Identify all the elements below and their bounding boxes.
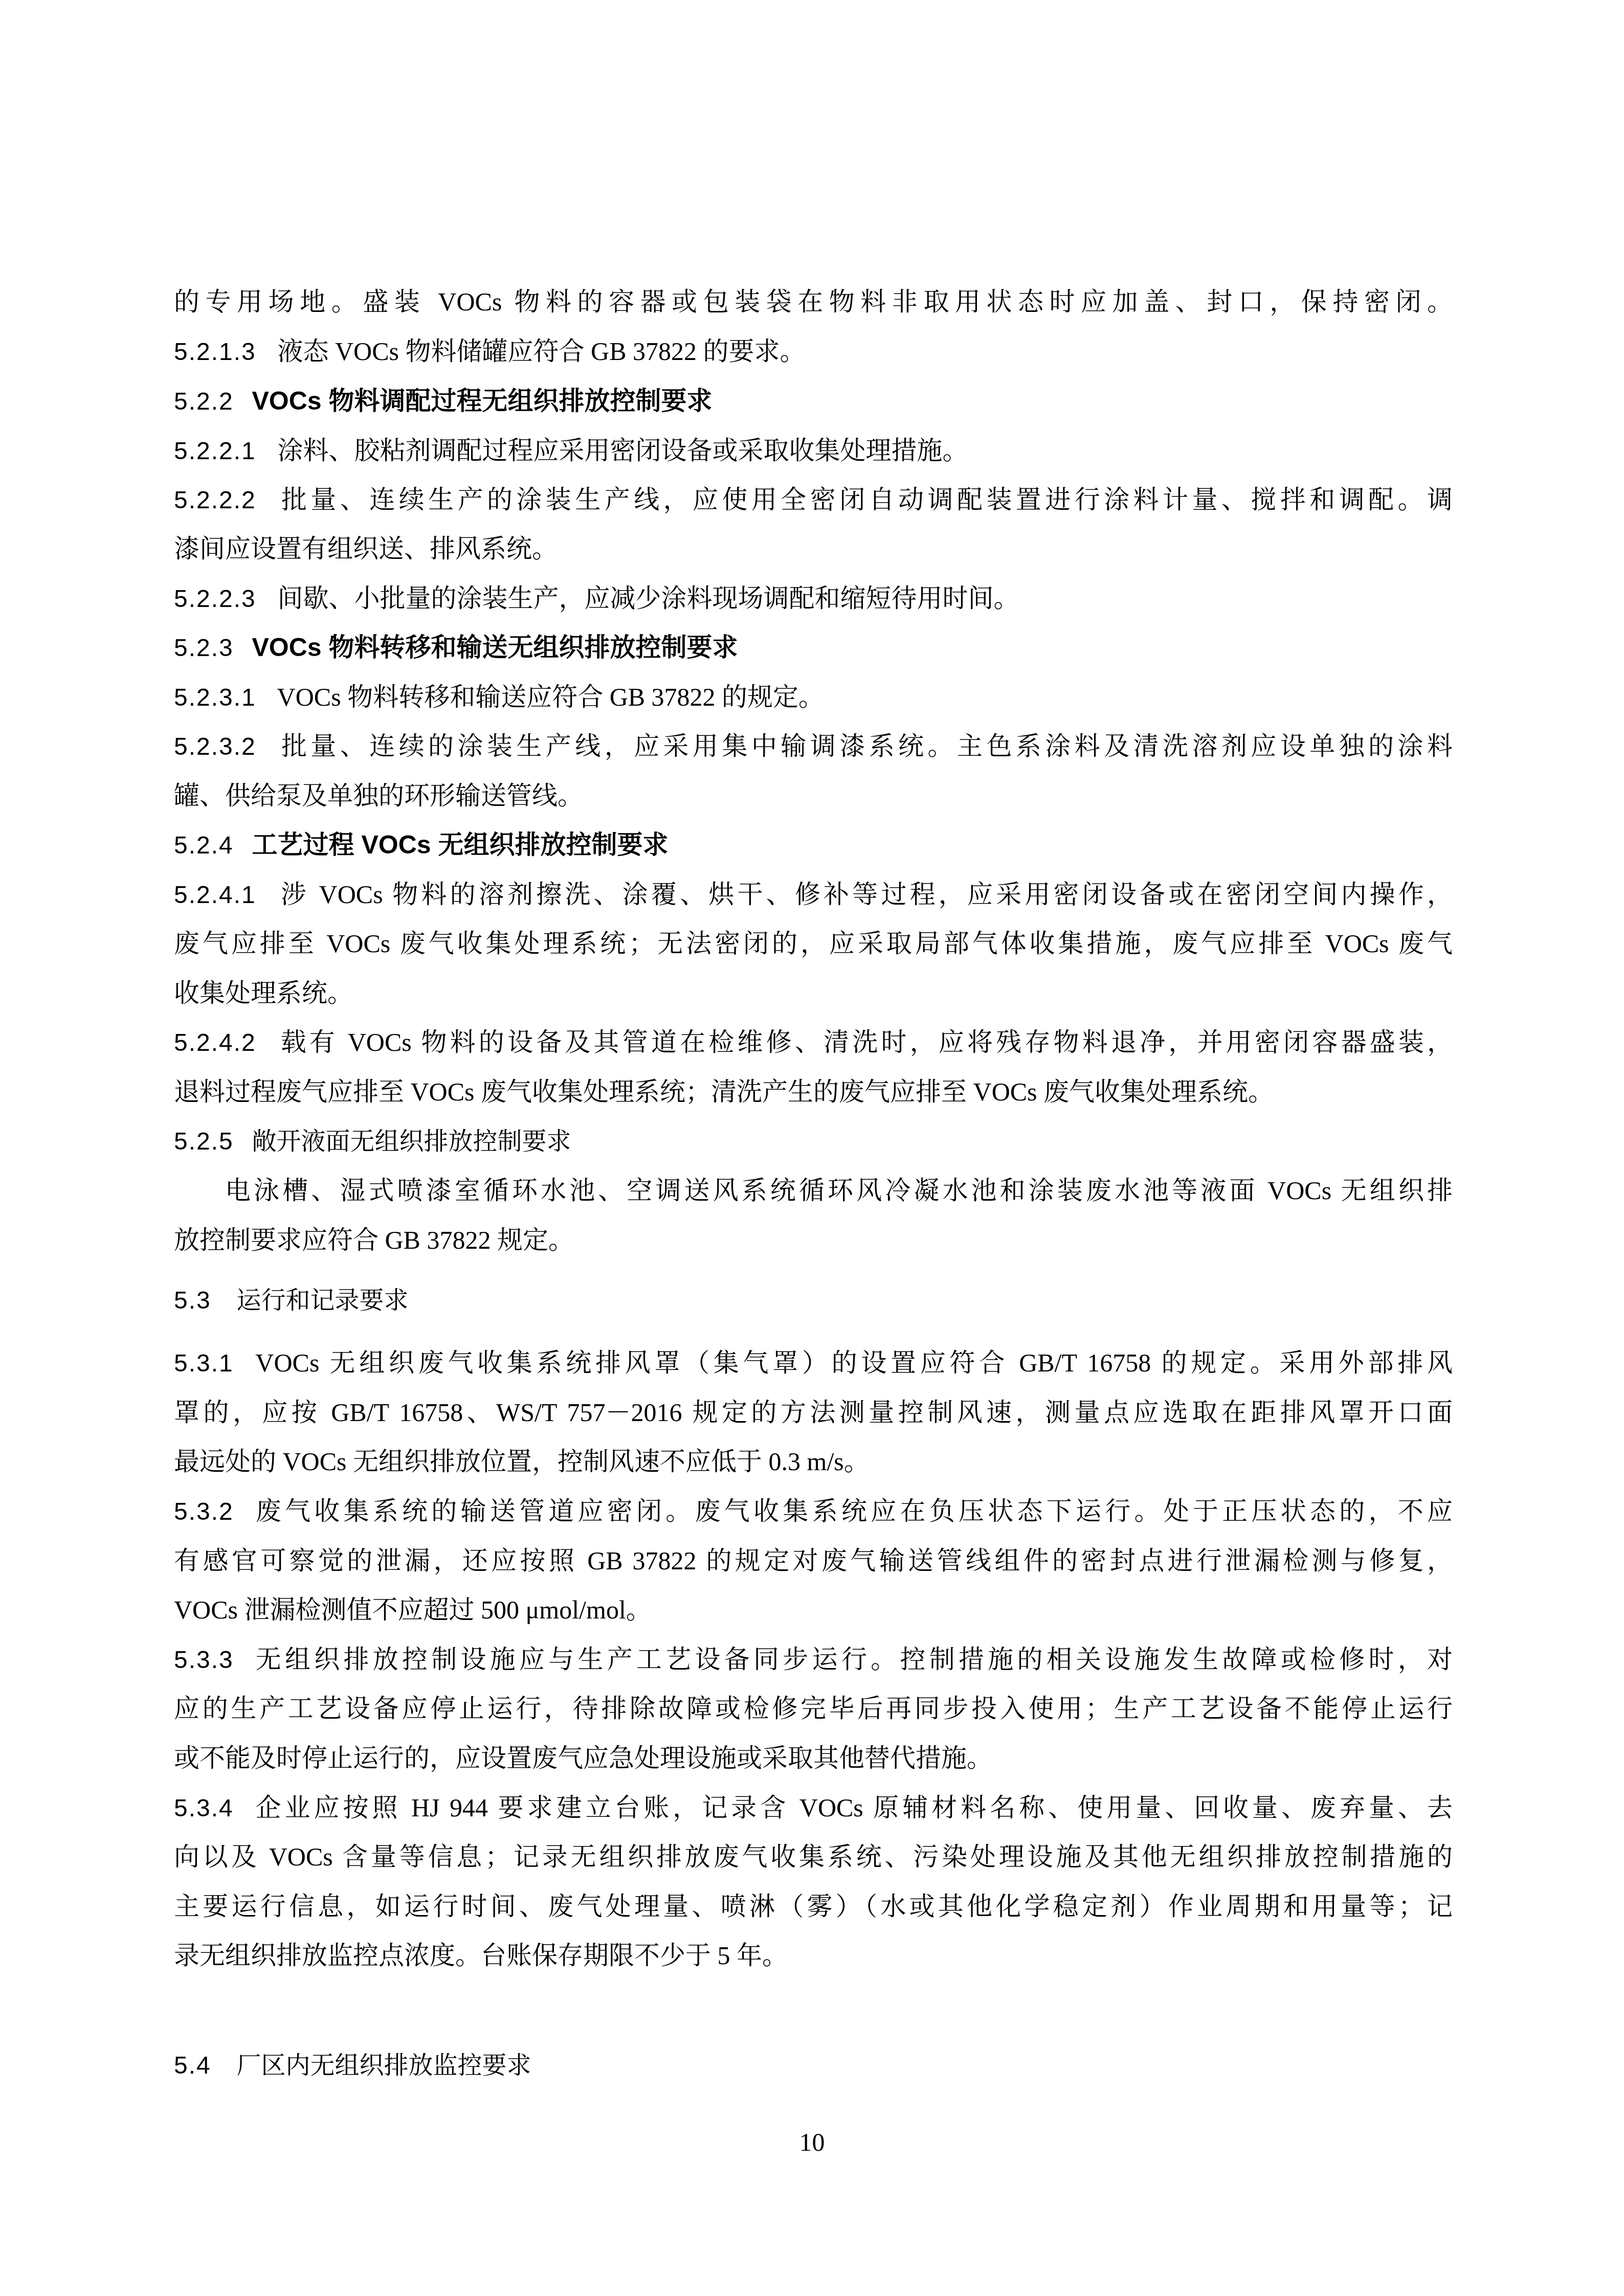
heading-text: VOCs 物料调配过程无组织排放控制要求 [252,387,713,415]
document-page: 的专用场地。盛装 VOCs 物料的容器或包装袋在物料非取用状态时应加盖、封口，保… [0,0,1624,2296]
clause-number: 5.3.3 [174,1636,246,1685]
clause-text: 液态 VOCs 物料储罐应符合 GB 37822 的要求。 [278,337,806,366]
paragraph-line: 废气应排至 VOCs 废气收集处理系统；无法密闭的，应采取局部气体收集措施，废气… [174,919,1453,968]
body-text: 收集处理系统。 [174,979,353,1007]
clause-5-2-4-2: 5.2.4.2 载有 VOCs 物料的设备及其管道在检维修、清洗时，应将残存物料… [174,1018,1453,1067]
heading-5-2-5: 5.2.5 敞开液面无组织排放控制要求 [174,1116,1453,1165]
paragraph-line: 放控制要求应符合 GB 37822 规定。 [174,1215,1453,1265]
body-text: 废气应排至 VOCs 废气收集处理系统；无法密闭的，应采取局部气体收集措施，废气… [174,929,1453,958]
clause-5-2-4-1: 5.2.4.1 涉 VOCs 物料的溶剂擦洗、涂覆、烘干、修补等过程，应采用密闭… [174,870,1453,919]
heading-text: 工艺过程 VOCs 无组织排放控制要求 [252,830,669,859]
heading-5-3: 5.3 运行和记录要求 [174,1275,1453,1324]
body-text: 主要运行信息，如运行时间、废气处理量、喷淋（雾）（水或其他化学稳定剂）作业周期和… [174,1892,1453,1921]
clause-text: 涉 VOCs 物料的溶剂擦洗、涂覆、烘干、修补等过程，应采用密闭设备或在密闭空间… [281,880,1453,909]
body-text: 退料过程废气应排至 VOCs 废气收集处理系统；清洗产生的废气应排至 VOCs … [174,1077,1274,1106]
clause-text: VOCs 无组织废气收集系统排风罩（集气罩）的设置应符合 GB/T 16758 … [255,1348,1453,1377]
body-text: 最远处的 VOCs 无组织排放位置，控制风速不应低于 0.3 m/s。 [174,1447,870,1476]
body-text: 罩的，应按 GB/T 16758、WS/T 757－2016 规定的方法测量控制… [174,1398,1453,1427]
body-text: 应的生产工艺设备应停止运行，待排除故障或检修完毕后再同步投入使用；生产工艺设备不… [174,1694,1453,1723]
clause-text: 间歇、小批量的涂装生产，应减少涂料现场调配和缩短待用时间。 [278,584,1019,613]
heading-number: 5.2.3 [174,624,246,673]
paragraph-line: 向以及 VOCs 含量等信息；记录无组织排放废气收集系统、污染处理设施及其他无组… [174,1832,1453,1881]
paragraph-line: 主要运行信息，如运行时间、废气处理量、喷淋（雾）（水或其他化学稳定剂）作业周期和… [174,1882,1453,1931]
body-text: 向以及 VOCs 含量等信息；记录无组织排放废气收集系统、污染处理设施及其他无组… [174,1842,1453,1871]
heading-number: 5.2.2 [174,377,246,426]
heading-text: 运行和记录要求 [237,1287,409,1314]
clause-5-3-1: 5.3.1 VOCs 无组织废气收集系统排风罩（集气罩）的设置应符合 GB/T … [174,1338,1453,1387]
paragraph-line: 罩的，应按 GB/T 16758、WS/T 757－2016 规定的方法测量控制… [174,1388,1453,1437]
heading-5-4: 5.4 厂区内无组织排放监控要求 [174,2040,1453,2089]
body-text: 漆间应设置有组织送、排风系统。 [174,534,558,563]
heading-number: 5.4 [174,2041,230,2090]
heading-text: 敞开液面无组织排放控制要求 [252,1128,571,1155]
paragraph-line: 罐、供给泵及单独的环形输送管线。 [174,771,1453,820]
clause-5-3-2: 5.3.2 废气收集系统的输送管道应密闭。废气收集系统应在负压状态下运行。处于正… [174,1487,1453,1536]
heading-text: 厂区内无组织排放监控要求 [237,2052,531,2079]
paragraph-line: 录无组织排放监控点浓度。台账保存期限不少于 5 年。 [174,1931,1453,1980]
paragraph-line: 收集处理系统。 [174,969,1453,1018]
clause-5-3-3: 5.3.3 无组织排放控制设施应与生产工艺设备同步运行。控制措施的相关设施发生故… [174,1635,1453,1684]
clause-5-2-2-3: 5.2.2.3 间歇、小批量的涂装生产，应减少涂料现场调配和缩短待用时间。 [174,574,1453,623]
clause-text: 批量、连续的涂装生产线，应采用集中输调漆系统。主色系涂料及清洗溶剂应设单独的涂料 [281,732,1453,760]
paragraph-line: VOCs 泄漏检测值不应超过 500 μmol/mol。 [174,1585,1453,1634]
clause-number: 5.2.3.1 [174,673,271,723]
clause-text: 载有 VOCs 物料的设备及其管道在检维修、清洗时，应将残存物料退净，并用密闭容… [281,1028,1453,1056]
paragraph-line: 漆间应设置有组织送、排风系统。 [174,524,1453,573]
heading-5-2-2: 5.2.2 VOCs 物料调配过程无组织排放控制要求 [174,376,1453,425]
page-number: 10 [0,2127,1624,2157]
clause-number: 5.2.1.3 [174,328,271,377]
paragraph-line: 的专用场地。盛装 VOCs 物料的容器或包装袋在物料非取用状态时应加盖、封口，保… [174,277,1453,326]
paragraph-line: 电泳槽、湿式喷漆室循环水池、空调送风系统循环风冷凝水池和涂装废水池等液面 VOC… [225,1166,1453,1215]
clause-number: 5.2.4.1 [174,871,271,920]
clause-5-2-2-1: 5.2.2.1 涂料、胶粘剂调配过程应采用密闭设备或采取收集处理措施。 [174,426,1453,475]
clause-text: VOCs 物料转移和输送应符合 GB 37822 的规定。 [277,683,824,711]
clause-text: 废气收集系统的输送管道应密闭。废气收集系统应在负压状态下运行。处于正压状态的，不… [256,1497,1453,1525]
heading-5-2-4: 5.2.4 工艺过程 VOCs 无组织排放控制要求 [174,820,1453,869]
clause-text: 批量、连续生产的涂装生产线，应使用全密闭自动调配装置进行涂料计量、搅拌和调配。调 [281,485,1453,514]
paragraph-line: 最远处的 VOCs 无组织排放位置，控制风速不应低于 0.3 m/s。 [174,1437,1453,1486]
body-text: 录无组织排放监控点浓度。台账保存期限不少于 5 年。 [174,1941,788,1970]
heading-5-2-3: 5.2.3 VOCs 物料转移和输送无组织排放控制要求 [174,623,1453,672]
body-text: 有感官可察觉的泄漏，还应按照 GB 37822 的规定对废气输送管线组件的密封点… [174,1546,1453,1575]
paragraph-line: 有感官可察觉的泄漏，还应按照 GB 37822 的规定对废气输送管线组件的密封点… [174,1536,1453,1585]
clause-number: 5.3.4 [174,1784,246,1833]
clause-5-2-2-2: 5.2.2.2 批量、连续生产的涂装生产线，应使用全密闭自动调配装置进行涂料计量… [174,475,1453,524]
clause-number: 5.2.2.3 [174,575,271,624]
body-text: 罐、供给泵及单独的环形输送管线。 [174,781,583,810]
heading-text: VOCs 物料转移和输送无组织排放控制要求 [252,633,738,662]
body-text: 放控制要求应符合 GB 37822 规定。 [174,1226,574,1254]
body-text: VOCs 泄漏检测值不应超过 500 μmol/mol。 [174,1595,652,1624]
heading-number: 5.2.5 [174,1117,246,1166]
paragraph-line: 应的生产工艺设备应停止运行，待排除故障或检修完毕后再同步投入使用；生产工艺设备不… [174,1684,1453,1733]
clause-number: 5.2.4.2 [174,1019,271,1068]
paragraph-line: 或不能及时停止运行的，应设置废气应急处理设施或采取其他替代措施。 [174,1734,1453,1783]
clause-number: 5.2.2.1 [174,427,271,476]
body-text: 或不能及时停止运行的，应设置废气应急处理设施或采取其他替代措施。 [174,1744,992,1772]
clause-5-2-3-1: 5.2.3.1 VOCs 物料转移和输送应符合 GB 37822 的规定。 [174,672,1453,722]
clause-text: 涂料、胶粘剂调配过程应采用密闭设备或采取收集处理措施。 [278,436,968,465]
clause-number: 5.3.2 [174,1488,246,1537]
body-text: 的专用场地。盛装 VOCs 物料的容器或包装袋在物料非取用状态时应加盖、封口，保… [174,287,1453,316]
heading-number: 5.3 [174,1276,230,1325]
clause-5-2-3-2: 5.2.3.2 批量、连续的涂装生产线，应采用集中输调漆系统。主色系涂料及清洗溶… [174,722,1453,771]
clause-text: 无组织排放控制设施应与生产工艺设备同步运行。控制措施的相关设施发生故障或检修时，… [256,1645,1453,1674]
clause-number: 5.2.3.2 [174,723,271,772]
clause-5-2-1-3: 5.2.1.3 液态 VOCs 物料储罐应符合 GB 37822 的要求。 [174,327,1453,376]
clause-number: 5.2.2.2 [174,476,271,525]
heading-number: 5.2.4 [174,821,246,870]
paragraph-line: 退料过程废气应排至 VOCs 废气收集处理系统；清洗产生的废气应排至 VOCs … [174,1067,1453,1116]
clause-number: 5.3.1 [174,1339,246,1388]
clause-text: 企业应按照 HJ 944 要求建立台账，记录含 VOCs 原辅材料名称、使用量、… [256,1793,1453,1822]
clause-5-3-4: 5.3.4 企业应按照 HJ 944 要求建立台账，记录含 VOCs 原辅材料名… [174,1783,1453,1832]
body-text: 电泳槽、湿式喷漆室循环水池、空调送风系统循环风冷凝水池和涂装废水池等液面 VOC… [225,1176,1453,1205]
